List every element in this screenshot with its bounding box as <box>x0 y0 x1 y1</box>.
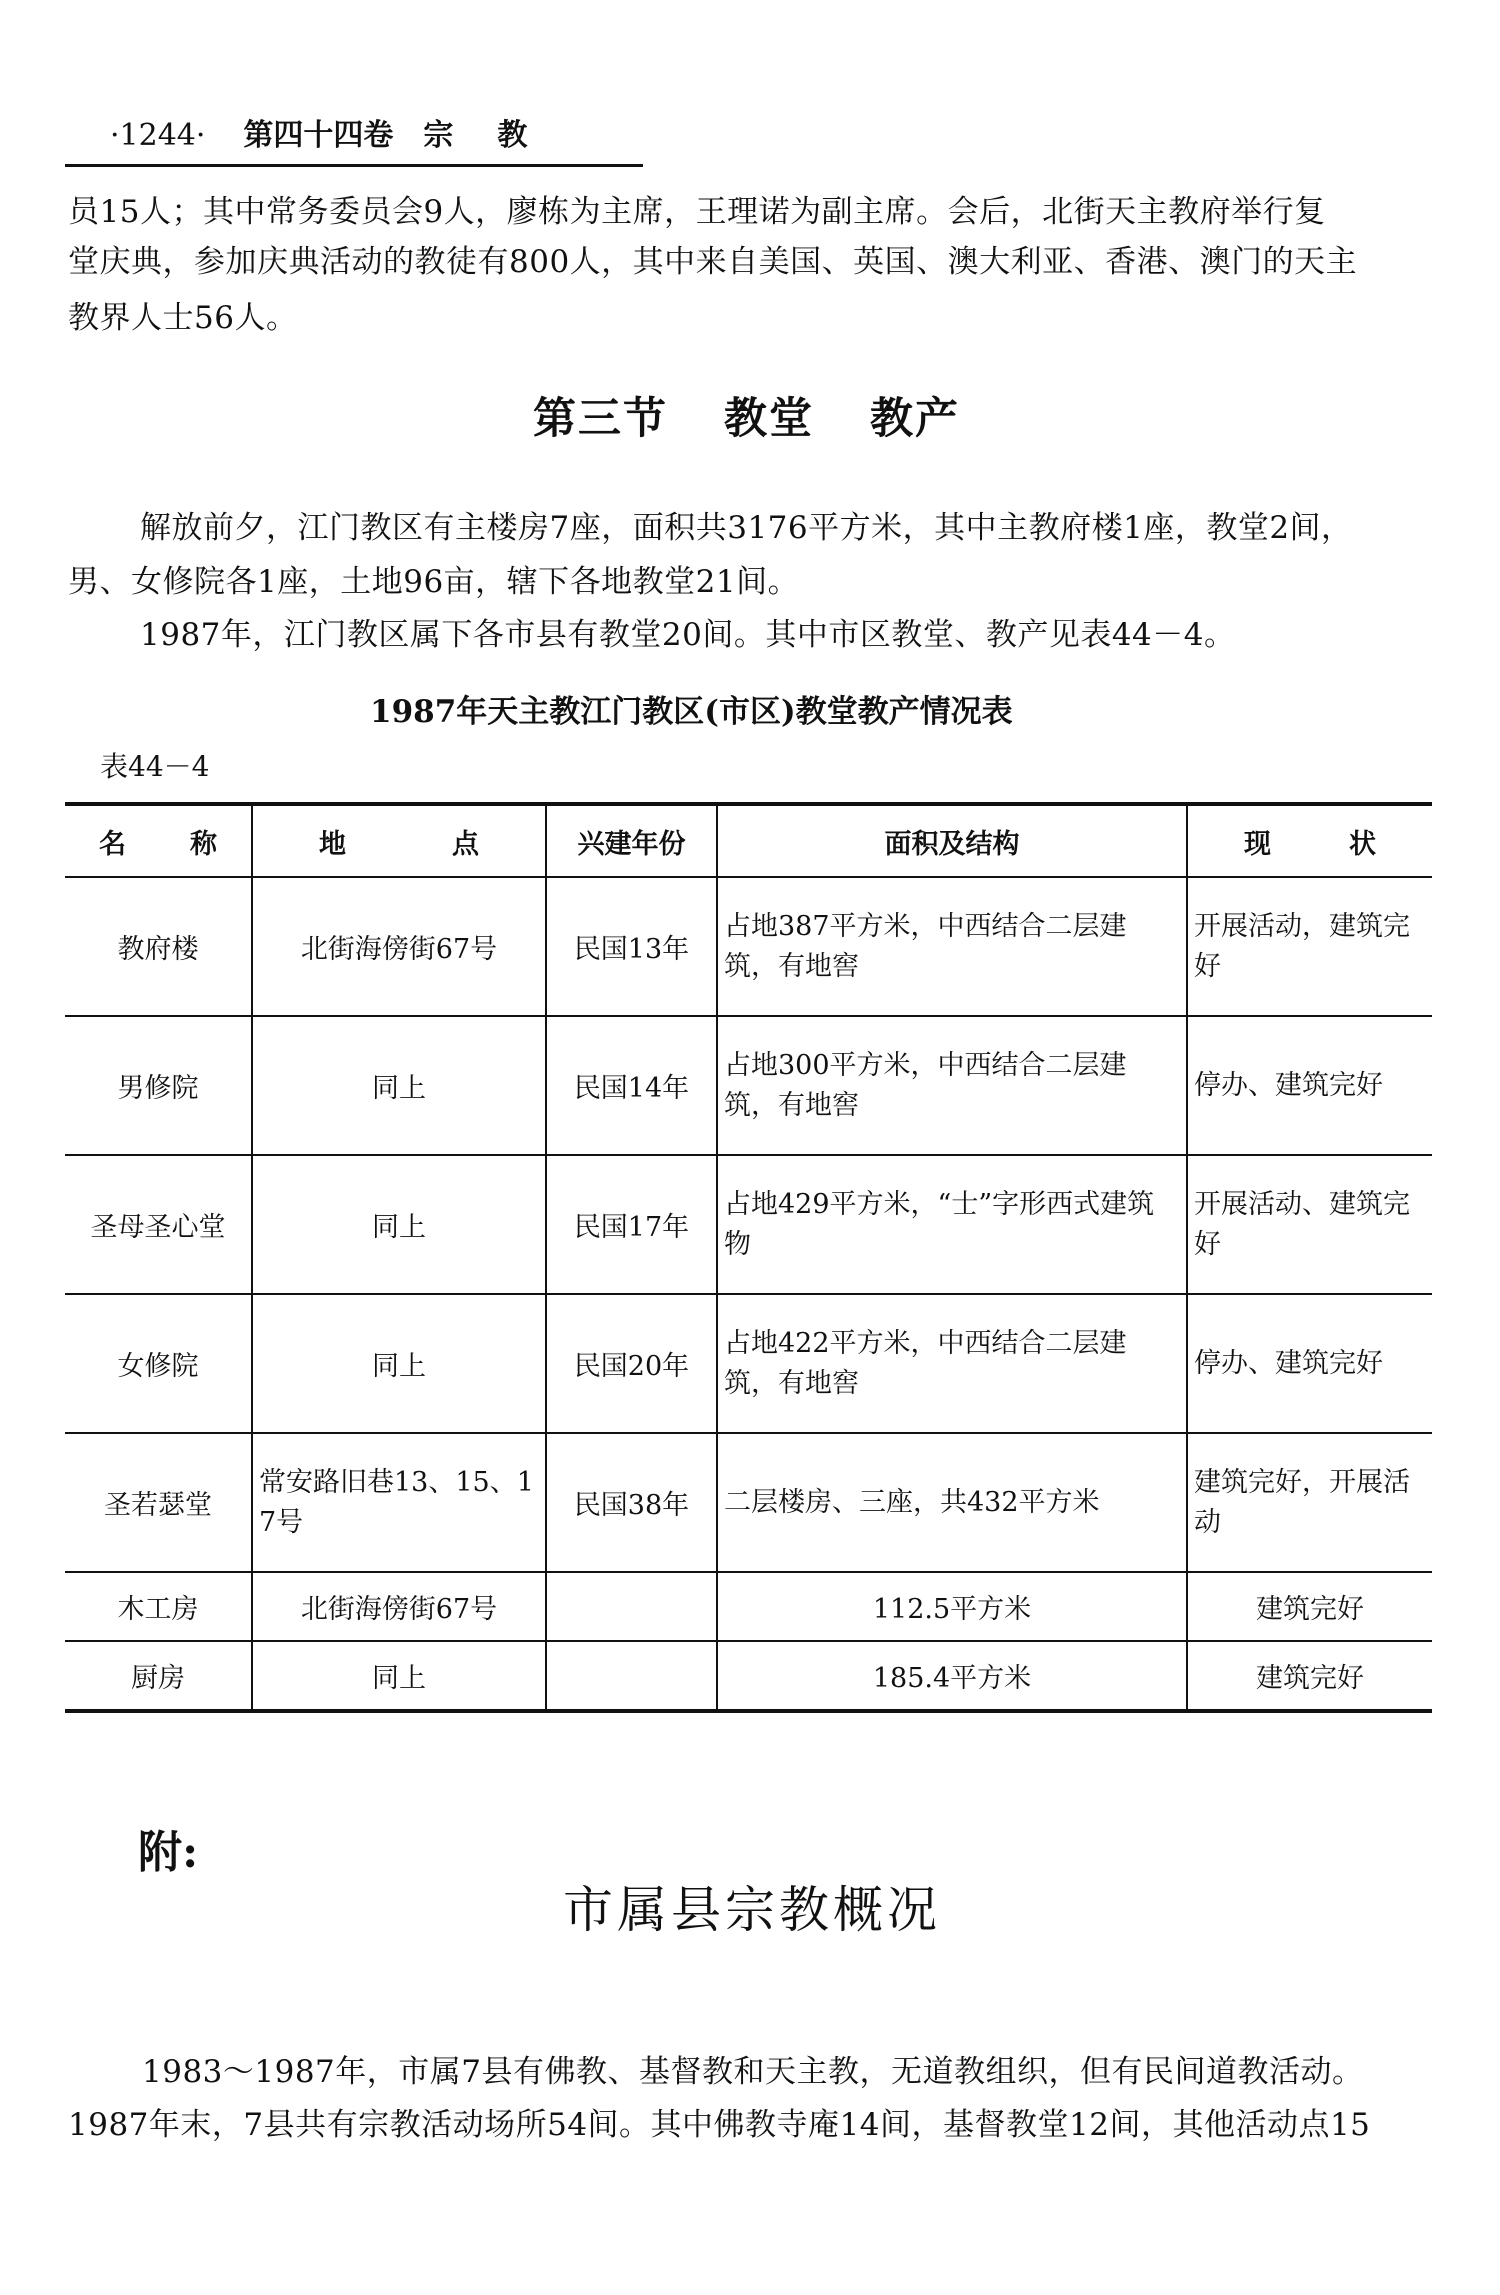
cell-area: 112.5平方米 <box>717 1572 1187 1641</box>
table-row: 圣若瑟堂 常安路旧巷13、15、17号 民国38年 二层楼房、三座，共432平方… <box>65 1433 1432 1572</box>
cell-year: 民国38年 <box>546 1433 717 1572</box>
cell-name: 厨房 <box>65 1641 252 1711</box>
table-row: 厨房 同上 185.4平方米 建筑完好 <box>65 1641 1432 1711</box>
church-property-table: 名称 地点 兴建年份 面积及结构 现状 教府楼 北街海傍街67号 民国13年 占… <box>65 802 1432 1713</box>
cell-area: 占地387平方米，中西结合二层建筑，有地窖 <box>717 877 1187 1016</box>
cell-name: 教府楼 <box>65 877 252 1016</box>
cell-status: 开展活动，建筑完好 <box>1187 877 1432 1016</box>
cell-area: 二层楼房、三座，共432平方米 <box>717 1433 1187 1572</box>
section-title: 第三节教堂教产 <box>533 395 960 443</box>
cell-name: 男修院 <box>65 1016 252 1155</box>
paragraph-1-line-1: 解放前夕，江门教区有主楼房7座，面积共3176平方米，其中主教府楼1座，教堂2间… <box>140 508 1353 548</box>
cell-area: 占地429平方米，“士”字形西式建筑物 <box>717 1155 1187 1294</box>
cell-location: 同上 <box>252 1016 546 1155</box>
cell-area: 185.4平方米 <box>717 1641 1187 1711</box>
cell-area: 占地300平方米，中西结合二层建筑，有地窖 <box>717 1016 1187 1155</box>
running-head-rule <box>65 164 643 167</box>
cell-location: 同上 <box>252 1294 546 1433</box>
header-year: 兴建年份 <box>546 804 717 877</box>
cell-name: 圣若瑟堂 <box>65 1433 252 1572</box>
subject-char-1: 宗 <box>423 118 453 153</box>
appendix-label: 附: <box>138 1828 198 1878</box>
header-area: 面积及结构 <box>717 804 1187 877</box>
header-status: 现状 <box>1187 804 1432 877</box>
cell-name: 女修院 <box>65 1294 252 1433</box>
volume-label: 第四十四卷 <box>243 118 393 153</box>
running-head: ·1244·第四十四卷宗教 <box>110 116 527 156</box>
cell-location: 北街海傍街67号 <box>252 877 546 1016</box>
cell-location: 同上 <box>252 1641 546 1711</box>
table-row: 教府楼 北街海傍街67号 民国13年 占地387平方米，中西结合二层建筑，有地窖… <box>65 877 1432 1016</box>
cell-year <box>546 1641 717 1711</box>
table-number: 表44－4 <box>100 748 209 786</box>
intro-line-2: 堂庆典，参加庆典活动的教徒有800人，其中来自美国、英国、澳大利亚、香港、澳门的… <box>68 242 1357 282</box>
subject-char-2: 教 <box>497 118 527 153</box>
cell-year: 民国13年 <box>546 877 717 1016</box>
intro-line-1: 员15人；其中常务委员会9人，廖栋为主席，王理诺为副主席。会后，北街天主教府举行… <box>68 192 1326 232</box>
cell-year: 民国17年 <box>546 1155 717 1294</box>
cell-location: 北街海傍街67号 <box>252 1572 546 1641</box>
table-row: 木工房 北街海傍街67号 112.5平方米 建筑完好 <box>65 1572 1432 1641</box>
table-row: 圣母圣心堂 同上 民国17年 占地429平方米，“士”字形西式建筑物 开展活动、… <box>65 1155 1432 1294</box>
cell-area: 占地422平方米，中西结合二层建筑，有地窖 <box>717 1294 1187 1433</box>
cell-name: 木工房 <box>65 1572 252 1641</box>
header-location: 地点 <box>252 804 546 877</box>
cell-location: 同上 <box>252 1155 546 1294</box>
appendix-line-1: 1983～1987年，市属7县有佛教、基督教和天主教，无道教组织，但有民间道教活… <box>142 2052 1364 2092</box>
section-word-churches: 教堂 <box>724 394 814 444</box>
section-number: 第三节 <box>533 394 668 444</box>
page-number: ·1244· <box>110 118 205 153</box>
cell-year: 民国14年 <box>546 1016 717 1155</box>
cell-status: 停办、建筑完好 <box>1187 1294 1432 1433</box>
appendix-line-2: 1987年末，7县共有宗教活动场所54间。其中佛教寺庵14间，基督教堂12间，其… <box>68 2105 1370 2145</box>
paragraph-2-line-1: 1987年，江门教区属下各市县有教堂20间。其中市区教堂、教产见表44－4。 <box>140 615 1236 655</box>
table-row: 女修院 同上 民国20年 占地422平方米，中西结合二层建筑，有地窖 停办、建筑… <box>65 1294 1432 1433</box>
section-word-property: 教产 <box>870 394 960 444</box>
cell-status: 建筑完好，开展活动 <box>1187 1433 1432 1572</box>
cell-status: 建筑完好 <box>1187 1641 1432 1711</box>
intro-line-3: 教界人士56人。 <box>68 298 297 338</box>
cell-year: 民国20年 <box>546 1294 717 1433</box>
table-title: 1987年天主教江门教区(市区)教堂教产情况表 <box>370 692 1013 732</box>
cell-name: 圣母圣心堂 <box>65 1155 252 1294</box>
appendix-title: 市属县宗教概况 <box>563 1883 941 1937</box>
paragraph-1-line-2: 男、女修院各1座，土地96亩，辖下各地教堂21间。 <box>68 562 799 602</box>
cell-status: 建筑完好 <box>1187 1572 1432 1641</box>
table-row: 男修院 同上 民国14年 占地300平方米，中西结合二层建筑，有地窖 停办、建筑… <box>65 1016 1432 1155</box>
header-name: 名称 <box>65 804 252 877</box>
table-header-row: 名称 地点 兴建年份 面积及结构 现状 <box>65 804 1432 877</box>
cell-year <box>546 1572 717 1641</box>
cell-location: 常安路旧巷13、15、17号 <box>252 1433 546 1572</box>
cell-status: 开展活动、建筑完好 <box>1187 1155 1432 1294</box>
cell-status: 停办、建筑完好 <box>1187 1016 1432 1155</box>
